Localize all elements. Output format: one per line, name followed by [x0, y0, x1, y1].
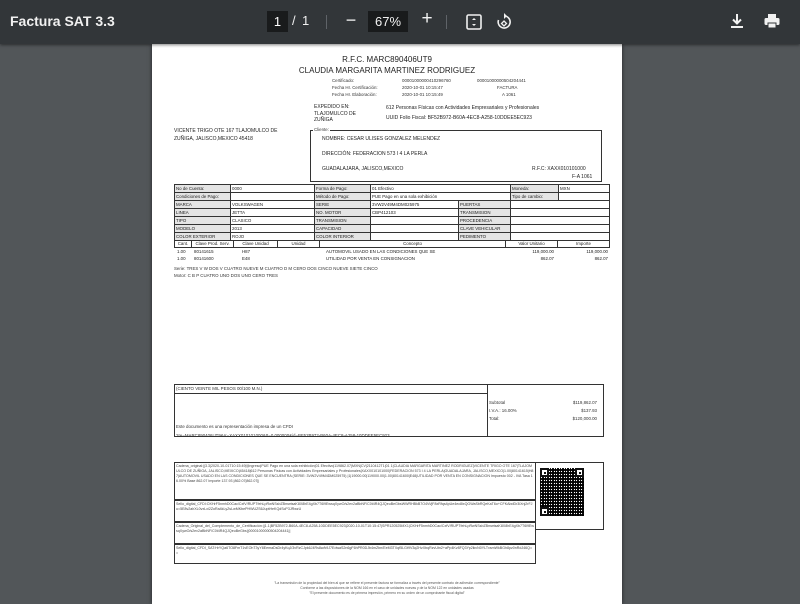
line-item: 1.00 80141600 E48 UTILIDAD POR VENTA EN … — [174, 256, 610, 263]
issuer-address-line2: ZUÑIGA, JALISCO,MEXICO 45418 — [174, 136, 253, 142]
vehicle-row: MARCA VOLKSWAGEN SERIE 3VW2V49M4DM025975… — [175, 201, 610, 209]
legal-legend-line: "El presente documento es de primera imp… — [152, 591, 622, 595]
pdf-viewer-toolbar: Factura SAT 3.3 1 / 1 − 67% + — [0, 0, 800, 44]
cert-date-label: Fecha Hr. Certificación: — [332, 85, 378, 90]
document-type: FACTURA — [497, 85, 518, 90]
folio-value: A 1061 — [502, 92, 516, 97]
fit-to-page-icon[interactable] — [465, 13, 483, 36]
payment-table: No de Cuenta: 0000 Forma de Pago: 01 Efe… — [174, 184, 610, 201]
item-qty: 1.00 — [177, 249, 186, 254]
item-prod-key: 80141600 — [194, 256, 214, 261]
legal-legend-line: "La transmisión de la propiedad del bien… — [152, 581, 622, 585]
col-unit: Unidad — [278, 240, 320, 248]
account-value: 0000 — [231, 185, 315, 193]
vehicle-value: CBP412103 — [371, 209, 459, 217]
vehicle-value: 3VW2V49M4DM025975 — [371, 201, 459, 209]
motor-note: Motor: C B P CUATRO UNO DOS UNO CERO TRE… — [174, 273, 278, 278]
certificate-value: 00001000000410296760 — [402, 78, 451, 83]
pdf-page: R.F.C. MARC890406UT9 CLAUDIA MARGARITA M… — [152, 44, 622, 600]
download-icon[interactable] — [729, 12, 745, 35]
vehicle-label: TRANSMISION — [459, 209, 511, 217]
rotate-icon[interactable] — [495, 12, 513, 37]
item-unit-key: H87 — [242, 249, 250, 254]
cadena-complemento-box: Cadena_Original_del_Complemento_de_Certi… — [174, 522, 536, 544]
cert-date-value: 2020-10-01 10:15:47 — [402, 85, 443, 90]
document-title: Factura SAT 3.3 — [10, 13, 115, 29]
tax-regime: 612 Personas Físicas con Actividades Emp… — [386, 105, 539, 111]
vehicle-value — [511, 225, 610, 233]
col-unit-key: Clave Unidad — [234, 240, 278, 248]
page-total: 1 — [302, 13, 309, 28]
client-legend: Cliente: — [313, 127, 330, 132]
vehicle-label: TIPO — [175, 217, 231, 225]
page-separator: / — [292, 13, 296, 28]
col-qty: Cant. — [174, 240, 192, 248]
issuer-address-line1: VICENTE TRIGO OTE 167 TLAJOMULCO DE — [174, 128, 277, 134]
item-unit-value: 862.07 — [541, 256, 554, 261]
elaboration-date-label: Fecha Hr. Elaboración: — [332, 92, 377, 97]
zoom-level-input[interactable]: 67% — [368, 11, 408, 32]
legal-legend-line: Conforme a las disposiciones de la NOM 1… — [152, 586, 622, 590]
page-number-input[interactable]: 1 — [267, 11, 288, 32]
verification-string: ?re=MARC890406UT9&rr=XAXX010101000&tt=0.… — [176, 433, 390, 438]
iva-value: $137.93 — [581, 408, 597, 413]
line-item: 1.00 80141615 H87 AUTOMOVIL USADO EN LAS… — [174, 249, 610, 256]
print-icon[interactable] — [763, 12, 781, 35]
item-unit-value: 119,000.00 — [532, 249, 554, 254]
vehicle-label: MODELO — [175, 225, 231, 233]
subtotal-value: $119,862.07 — [573, 400, 597, 405]
client-city: GUADALAJARA, JALISCO,MEXICO — [322, 166, 403, 172]
items-header: Cant. Clave Prod. Serv. Clave Unidad Uni… — [174, 240, 610, 248]
vehicle-label: CAPACIDAD — [315, 225, 371, 233]
vehicle-label: CLAVE VEHICULAR — [459, 225, 511, 233]
vehicle-value: JETTA — [231, 209, 315, 217]
zoom-in-button[interactable]: + — [418, 8, 436, 30]
vehicle-label: SERIE — [315, 201, 371, 209]
col-concept: Concepto — [320, 240, 506, 248]
payment-form-label: Forma de Pago: — [315, 185, 371, 193]
client-folio: F-A 1061 — [572, 174, 592, 180]
vehicle-value — [371, 217, 459, 225]
toolbar-divider — [446, 15, 447, 29]
expedido-value: TLAJOMULCO DE ZUÑIGA — [314, 111, 374, 122]
item-qty: 1.00 — [177, 256, 186, 261]
expedido-label: EXPEDIDO EN: — [314, 104, 350, 110]
total-label: Total: — [489, 416, 500, 421]
sello-cfdi-box: Sello_digital_CFDI:OXHrF5nmhD0Cac/CxfV/R… — [174, 500, 536, 522]
col-prod-key: Clave Prod. Serv. — [192, 240, 234, 248]
vehicle-label: TRANSMISION — [315, 217, 371, 225]
cfdi-note: Este documento es una representación imp… — [176, 424, 293, 429]
vehicle-label: NO. MOTOR — [315, 209, 371, 217]
issuer-rfc: R.F.C. MARC890406UT9 — [152, 55, 622, 64]
iva-label: I.V.A.: 16.00% — [489, 408, 517, 413]
sello-sat-box: Sello_digital_CFDI_SAT:HrYQa6TO8FmT1vEOh… — [174, 544, 536, 564]
zoom-out-button[interactable]: − — [343, 10, 359, 31]
vehicle-row: MODELO 2013 CAPACIDAD CLAVE VEHICULAR — [175, 225, 610, 233]
sello-cfdi: Sello_digital_CFDI:OXHrF5nmhD0Cac/CxfV/R… — [176, 502, 534, 512]
client-name: NOMBRE: CESAR ULISES GONZALEZ MELENDEZ — [322, 136, 440, 142]
vehicle-label: MARCA — [175, 201, 231, 209]
cadena-original: Cadena_original:||3.3|2020-10-01T10:15:4… — [176, 464, 534, 484]
sello-sat: Sello_digital_CFDI_SAT:HrYQa6TO8FmT1vEOh… — [176, 546, 534, 556]
uuid-folio: UUID Folio Fiscal: BF52B972-B60A-4EC8-A2… — [386, 115, 532, 121]
vehicle-table: MARCA VOLKSWAGEN SERIE 3VW2V49M4DM025975… — [174, 200, 610, 241]
subtotal-label: Subtotal — [489, 400, 505, 405]
col-unit-value: Valor Unitario — [506, 240, 558, 248]
currency-label: Moneda: — [511, 185, 559, 193]
toolbar-divider — [326, 15, 327, 29]
item-concept: UTILIDAD POR VENTA EN CONSIGNACION — [326, 256, 415, 261]
cadena-original-box: Cadena_original:||3.3|2020-10-01T10:15:4… — [174, 462, 536, 500]
client-address: DIRECCIÓN: FEDERACION 573 I 4 LA PERLA — [322, 151, 427, 157]
item-amount: 862.07 — [595, 256, 608, 261]
account-label: No de Cuenta: — [175, 185, 231, 193]
item-unit-key: E48 — [242, 256, 250, 261]
item-amount: 119,000.00 — [586, 249, 608, 254]
issuer-name: CLAUDIA MARGARITA MARTINEZ RODRIGUEZ — [152, 66, 622, 75]
certificate-label: Certificado: — [332, 78, 354, 83]
vehicle-value: VOLKSWAGEN — [231, 201, 315, 209]
vehicle-value — [511, 209, 610, 217]
total-value: $120,000.00 — [573, 416, 597, 421]
vehicle-label: PROCEDENCIA — [459, 217, 511, 225]
vehicle-value — [371, 225, 459, 233]
vehicle-row: LINEA JETTA NO. MOTOR CBP412103 TRANSMIS… — [175, 209, 610, 217]
cadena-complemento: Cadena_Original_del_Complemento_de_Certi… — [176, 524, 534, 534]
vehicle-label: LINEA — [175, 209, 231, 217]
serie-note: Serie: TRES V W DOS V CUATRO NUEVE M CUA… — [174, 266, 378, 271]
vehicle-value: 2013 — [231, 225, 315, 233]
qr-code — [540, 468, 584, 516]
client-rfc: R.F.C: XAXX010101000 — [532, 166, 586, 172]
vehicle-label: PUERTAS — [459, 201, 511, 209]
vehicle-value — [511, 201, 610, 209]
elaboration-date-value: 2020-10-01 10:15:49 — [402, 92, 443, 97]
item-concept: AUTOMOVIL USADO EN LAS CONDICIONES QUE S… — [326, 249, 435, 254]
vehicle-value — [511, 217, 610, 225]
col-amount: Importe — [558, 240, 610, 248]
vehicle-row: TIPO CLASICO TRANSMISION PROCEDENCIA — [175, 217, 610, 225]
payment-form-value: 01 Efectivo — [371, 185, 511, 193]
cfdi-note-box — [174, 393, 488, 437]
amount-in-words: (CIENTO VEINTE MIL PESOS 00/100 M.N.) — [176, 386, 262, 391]
certificate-sat-value: 00001000000504204441 — [477, 78, 526, 83]
currency-value: MXN — [559, 185, 610, 193]
item-prod-key: 80141615 — [194, 249, 214, 254]
vehicle-value: CLASICO — [231, 217, 315, 225]
